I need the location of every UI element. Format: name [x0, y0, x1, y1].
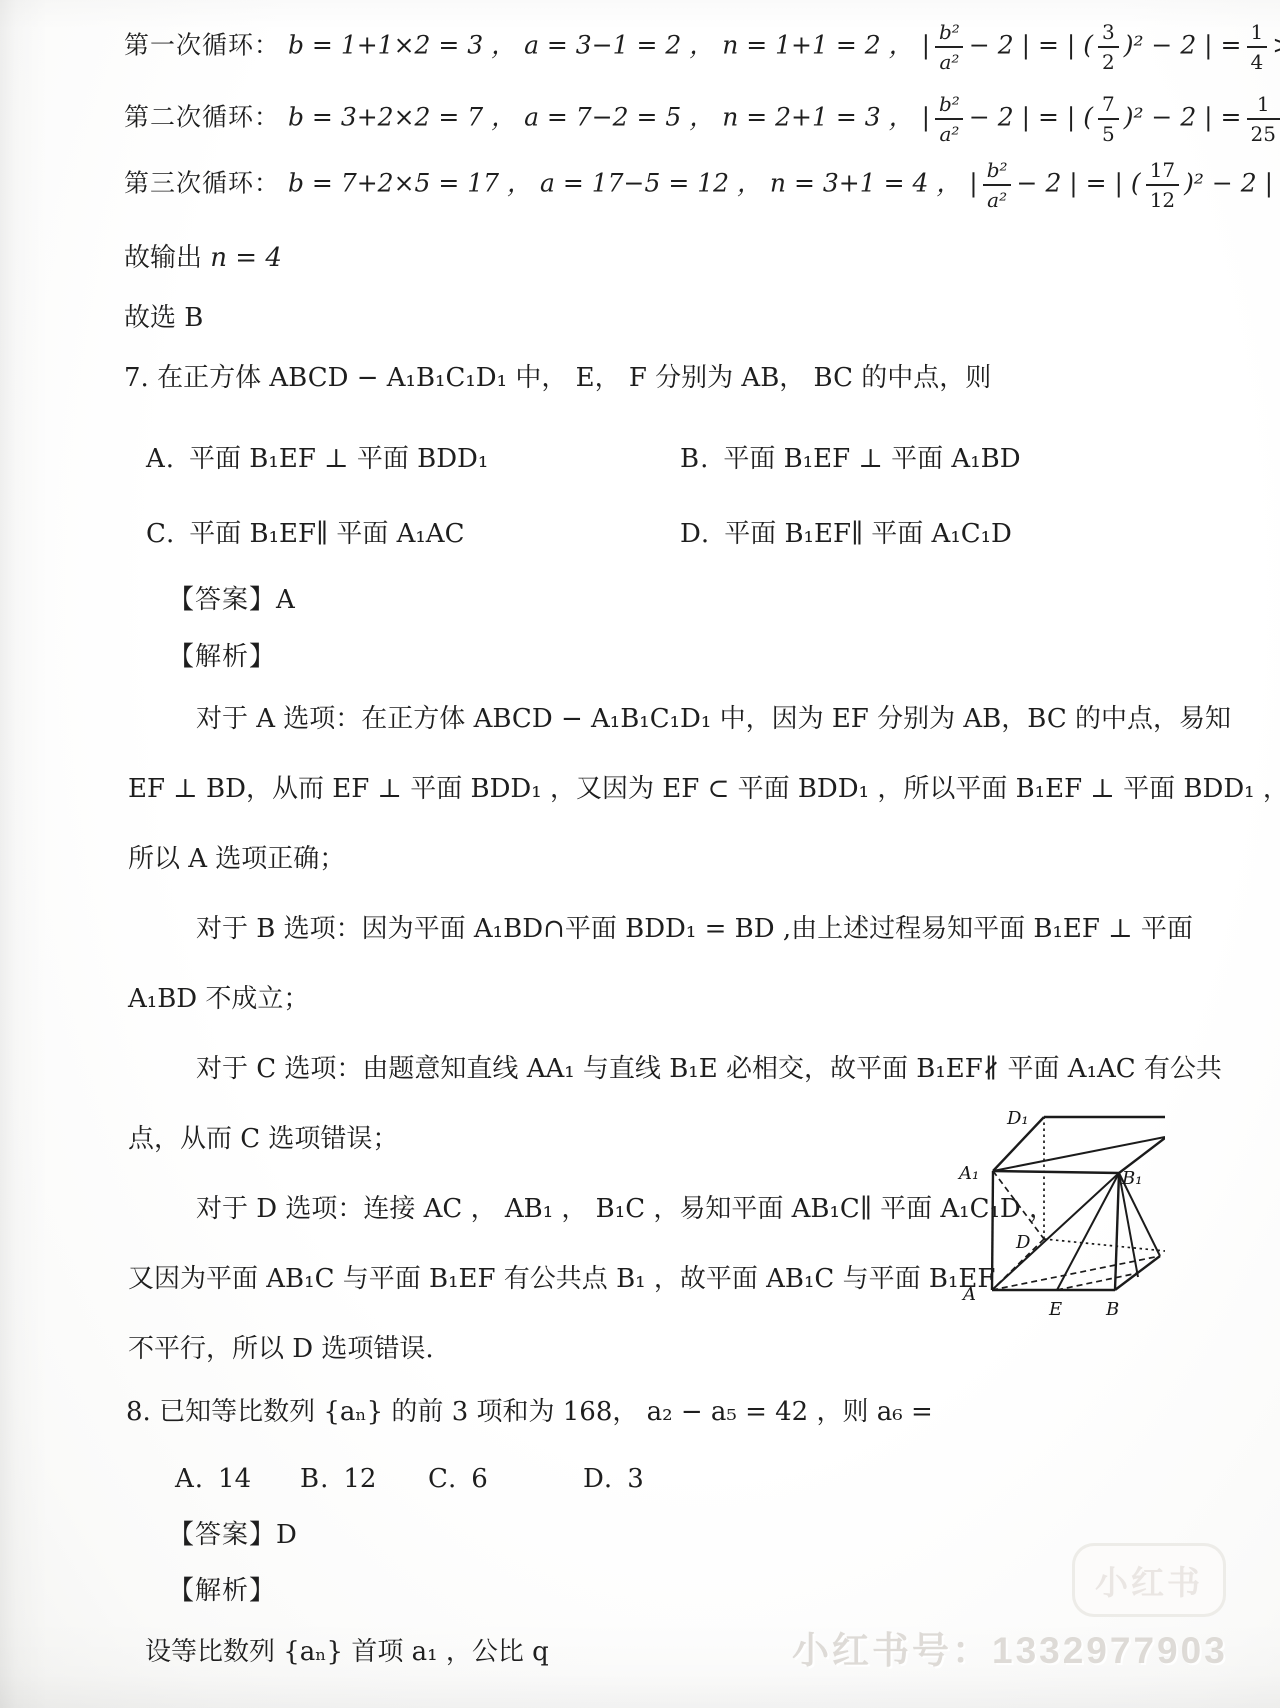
q7-para-a2: EF ⊥ BD，从而 EF ⊥ 平面 BDD₁ ，又因为 EF ⊂ 平面 BDD…: [128, 773, 1280, 806]
loop3-fraction-inner: 1712: [1146, 160, 1179, 210]
q7-para-d2: 又因为平面 AB₁C 与平面 B₁EF 有公共点 B₁ ，故平面 AB₁C 与平…: [128, 1263, 995, 1296]
q8-stem: 8. 已知等比数列 {aₙ} 的前 3 项和为 168， a₂ − a₅ = 4…: [126, 1396, 933, 1429]
q8-option-a: A.14: [175, 1463, 251, 1496]
figure-label-d: D: [1015, 1232, 1031, 1253]
loop-line-3: 第三次循环： b = 7+2×5 = 17 ， a = 17−5 = 12 ， …: [124, 160, 1280, 210]
figure-label-d1: D₁: [1006, 1108, 1029, 1129]
xiaohongshu-logo-watermark: 小红书: [1072, 1543, 1226, 1617]
figure-label-a: A: [961, 1284, 976, 1305]
q7-para-b2: A₁BD 不成立；: [128, 983, 309, 1016]
q7-para-c1: 对于 C 选项：由题意知直线 AA₁ 与直线 B₁E 必相交，故平面 B₁EF∦…: [196, 1053, 1222, 1086]
q8-answer-tag: 【答案】D: [168, 1519, 298, 1552]
loop1-fraction-result: 14: [1247, 22, 1268, 72]
q7-answer-tag: 【答案】A: [168, 584, 296, 617]
q7-para-d3: 不平行，所以 D 选项错误.: [128, 1333, 434, 1366]
loop3-mid: − 2 | = | (: [1017, 169, 1141, 198]
q7-option-a: A.平面 B₁EF ⊥ 平面 BDD₁: [146, 443, 488, 476]
loop1-post: )² − 2 | =: [1124, 31, 1242, 60]
q8-option-b: B.12: [300, 1463, 376, 1496]
q7-option-b: B.平面 B₁EF ⊥ 平面 A₁BD: [680, 443, 1021, 476]
loop1-fraction-b2a2: b²a²: [935, 22, 964, 72]
loop-line-1: 第一次循环： b = 1+1×2 = 3 ， a = 3−1 = 2 ， n =…: [124, 22, 1280, 72]
loop1-label: 第一次循环：: [124, 31, 280, 60]
q7-stem: 7. 在正方体 ABCD − A₁B₁C₁D₁ 中， E， F 分别为 AB， …: [124, 362, 991, 395]
loop2-fraction-inner: 75: [1098, 94, 1119, 144]
loop2-post: )² − 2 | =: [1124, 103, 1242, 132]
exam-solution-page: 第一次循环： b = 1+1×2 = 3 ， a = 3−1 = 2 ， n =…: [0, 0, 1280, 1708]
xiaohongshu-id-watermark: 小红书号：1332977903: [792, 1620, 1228, 1674]
loop1-bar-open: |: [922, 31, 930, 60]
loop2-fraction-result: 125: [1247, 94, 1280, 144]
cube-figure: D₁ A₁ B₁ D A E B: [875, 1085, 1165, 1320]
q7-analysis-tag: 【解析】: [168, 641, 276, 674]
loop1-compare: > 0.01: [1272, 31, 1280, 60]
q7-para-a1: 对于 A 选项：在正方体 ABCD − A₁B₁C₁D₁ 中，因为 EF 分别为…: [196, 703, 1231, 736]
loop1-mid: − 2 | = | (: [969, 31, 1093, 60]
q7-para-a3: 所以 A 选项正确；: [128, 843, 345, 876]
loop3-post: )² − 2 | =: [1184, 169, 1280, 198]
q8-analysis-tag: 【解析】: [168, 1575, 276, 1608]
loop3-label: 第三次循环：: [124, 169, 280, 198]
loop2-label: 第二次循环：: [124, 103, 280, 132]
loop2-fraction-b2a2: b²a²: [935, 94, 964, 144]
loop3-fraction-b2a2: b²a²: [983, 160, 1012, 210]
figure-label-e: E: [1048, 1299, 1062, 1320]
output-statement: 故输出 n = 4: [124, 242, 282, 275]
q8-solution-line: 设等比数列 {aₙ} 首项 a₁ ，公比 q: [145, 1636, 549, 1669]
figure-label-b1: B₁: [1121, 1168, 1142, 1189]
loop3-equations: b = 7+2×5 = 17 ， a = 17−5 = 12 ， n = 3+1…: [288, 169, 961, 198]
loop2-mid: − 2 | = | (: [969, 103, 1093, 132]
loop2-bar-open: |: [922, 103, 930, 132]
loop1-fraction-inner: 32: [1098, 22, 1119, 72]
q7-option-d: D.平面 B₁EF∥ 平面 A₁C₁D: [680, 518, 1012, 551]
figure-label-b: B: [1105, 1299, 1119, 1320]
loop1-equations: b = 1+1×2 = 3 ， a = 3−1 = 2 ， n = 1+1 = …: [288, 31, 914, 60]
q7-para-b1: 对于 B 选项：因为平面 A₁BD∩平面 BDD₁ = BD ,由上述过程易知平…: [196, 913, 1193, 946]
output-prefix: 故输出: [124, 243, 210, 273]
q8-option-d: D.3: [583, 1463, 644, 1496]
q7-para-c2: 点，从而 C 选项错误；: [128, 1123, 398, 1156]
loop2-equations: b = 3+2×2 = 7 ， a = 7−2 = 5 ， n = 2+1 = …: [288, 103, 914, 132]
choose-prefix: 故选: [124, 303, 184, 333]
choose-letter: B: [184, 303, 203, 333]
loop-line-2: 第二次循环： b = 3+2×2 = 7 ， a = 7−2 = 5 ， n =…: [124, 94, 1280, 144]
figure-label-a1: A₁: [957, 1163, 979, 1184]
loop3-bar-open: |: [969, 169, 977, 198]
q8-option-c: C.6: [428, 1463, 488, 1496]
q7-option-c: C.平面 B₁EF∥ 平面 A₁AC: [146, 518, 464, 551]
choose-statement: 故选 B: [124, 302, 203, 335]
output-math: n = 4: [210, 243, 282, 273]
